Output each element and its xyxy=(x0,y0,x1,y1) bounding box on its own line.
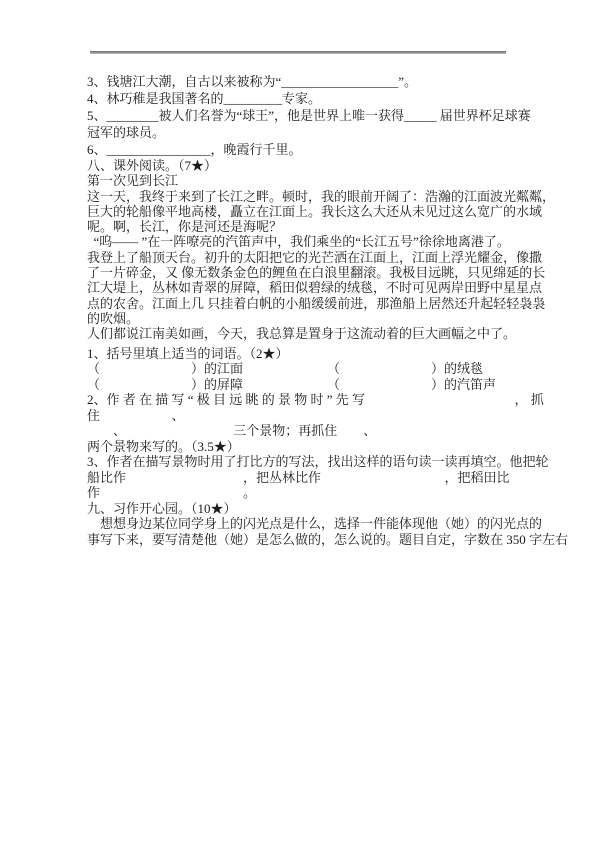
question-9-prompt-line: 事写下来，要写清楚他（她）是怎么做的，怎么说的。题目自定，字数在 350 字左右 xyxy=(87,532,523,548)
question-1-blank-row: （ ）的江面 （ ）的绒毯 xyxy=(87,361,523,377)
question-1-blank-jiangmian: （ ）的江面 xyxy=(87,361,327,377)
reading-passage-line: “呜—— ”在一阵嘹亮的汽笛声中，我们乘坐的“长江五号”徐徐地离港了。 xyxy=(87,234,523,249)
fill-question-5-continued: 冠军的球员。 xyxy=(87,124,523,141)
fill-in-questions-section: 3、钱塘江大潮，自古以来被称为“__________________”。 4、林… xyxy=(87,73,523,158)
reading-passage-title: 第一次见到长江 xyxy=(87,173,523,188)
page-content: 3、钱塘江大潮，自古以来被称为“__________________”。 4、林… xyxy=(87,73,523,547)
fill-question-6: 6、________________，晚霞行千里。 xyxy=(87,141,523,158)
fill-question-5: 5、________被人们名誉为“球王”，他是世界上唯一获得_____ 届世界杯… xyxy=(87,107,523,124)
fill-question-4: 4、林巧稚是我国著名的_________专家。 xyxy=(87,90,523,107)
comprehension-questions-section: 1、括号里填上适当的词语。（2★） （ ）的江面 （ ）的绒毯 （ ）的屏障 （… xyxy=(87,346,523,548)
question-1-blank-qidisheng: （ ）的汽笛声 xyxy=(327,377,496,393)
reading-section: 八、课外阅读。（7★） 第一次见到长江 这一天，我终于来到了长江之畔。顿时，我的… xyxy=(87,158,523,342)
reading-passage-line: 点的农舍。江面上几 只挂着白帆的小船缓缓前进，那渔船上居然还升起轻轻袅袅 xyxy=(87,296,523,311)
question-9-heading: 九、习作开心园。（10★） xyxy=(87,501,523,517)
reading-passage-line: 的吹烟。 xyxy=(87,311,523,326)
question-1-blank-pingzhang: （ ）的屏障 xyxy=(87,377,327,393)
reading-passage-line: 这一天，我终于来到了长江之畔。顿时，我的眼前开阔了：浩瀚的江面波光粼粼， xyxy=(87,189,523,204)
reading-passage-line: 了一片碎金，又 像无数条金色的鲤鱼在白浪里翻滚。我极目远眺，只见绵延的长 xyxy=(87,265,523,280)
reading-section-heading: 八、课外阅读。（7★） xyxy=(87,158,523,173)
question-2-line: 住 、 xyxy=(87,408,523,424)
question-3-line: 作 。 xyxy=(87,485,523,501)
question-3-line: 船比作 ，把丛林比作 ，把稻田比 xyxy=(87,470,523,486)
question-1-blank-row: （ ）的屏障 （ ）的汽笛声 xyxy=(87,377,523,393)
question-1-blank-rongtan: （ ）的绒毯 xyxy=(327,361,483,377)
reading-passage-line: 巨大的轮船像平地高楼，矗立在江面上。我长这么大还从未见过这么宽广的水域 xyxy=(87,204,523,219)
reading-passage-line: 我登上了船顶天台。初升的太阳把它的光芒洒在江面上，江面上浮光耀金，像撒 xyxy=(87,250,523,265)
question-2-line: 两个景物来写的。（3.5★） xyxy=(87,439,523,455)
question-3-line: 3、作者在描写景物时用了打比方的写法，找出这样的语句读一读再填空。他把轮 xyxy=(87,454,523,470)
question-1-heading: 1、括号里填上适当的词语。（2★） xyxy=(87,346,523,362)
fill-question-3: 3、钱塘江大潮，自古以来被称为“__________________”。 xyxy=(87,73,523,90)
reading-passage-closing-line: 人们都说江南美如画，今天，我总算是置身于这流动着的巨大画幅之中了。 xyxy=(87,326,523,341)
reading-passage-line: 呢。啊，长江，你是河还是海呢？ xyxy=(87,219,523,234)
question-2-line: 2、作 者 在 描 写 “ 极 目 远 眺 的 景 物 时 ” 先 写 ， 抓 xyxy=(87,392,523,408)
question-2-line: 、 三个景物；再抓住 、 xyxy=(87,423,523,439)
header-rule xyxy=(90,51,506,54)
document-page: 3、钱塘江大潮，自古以来被称为“__________________”。 4、林… xyxy=(0,0,596,842)
reading-passage-line: 江大堤上，丛林如青翠的屏障，稻田似碧绿的绒毯，不时可见两岸田野中星星点 xyxy=(87,280,523,295)
question-9-prompt-line: 想想身边某位同学身上的闪光点是什么，选择一件能体现他（她）的闪光点的 xyxy=(87,516,523,532)
